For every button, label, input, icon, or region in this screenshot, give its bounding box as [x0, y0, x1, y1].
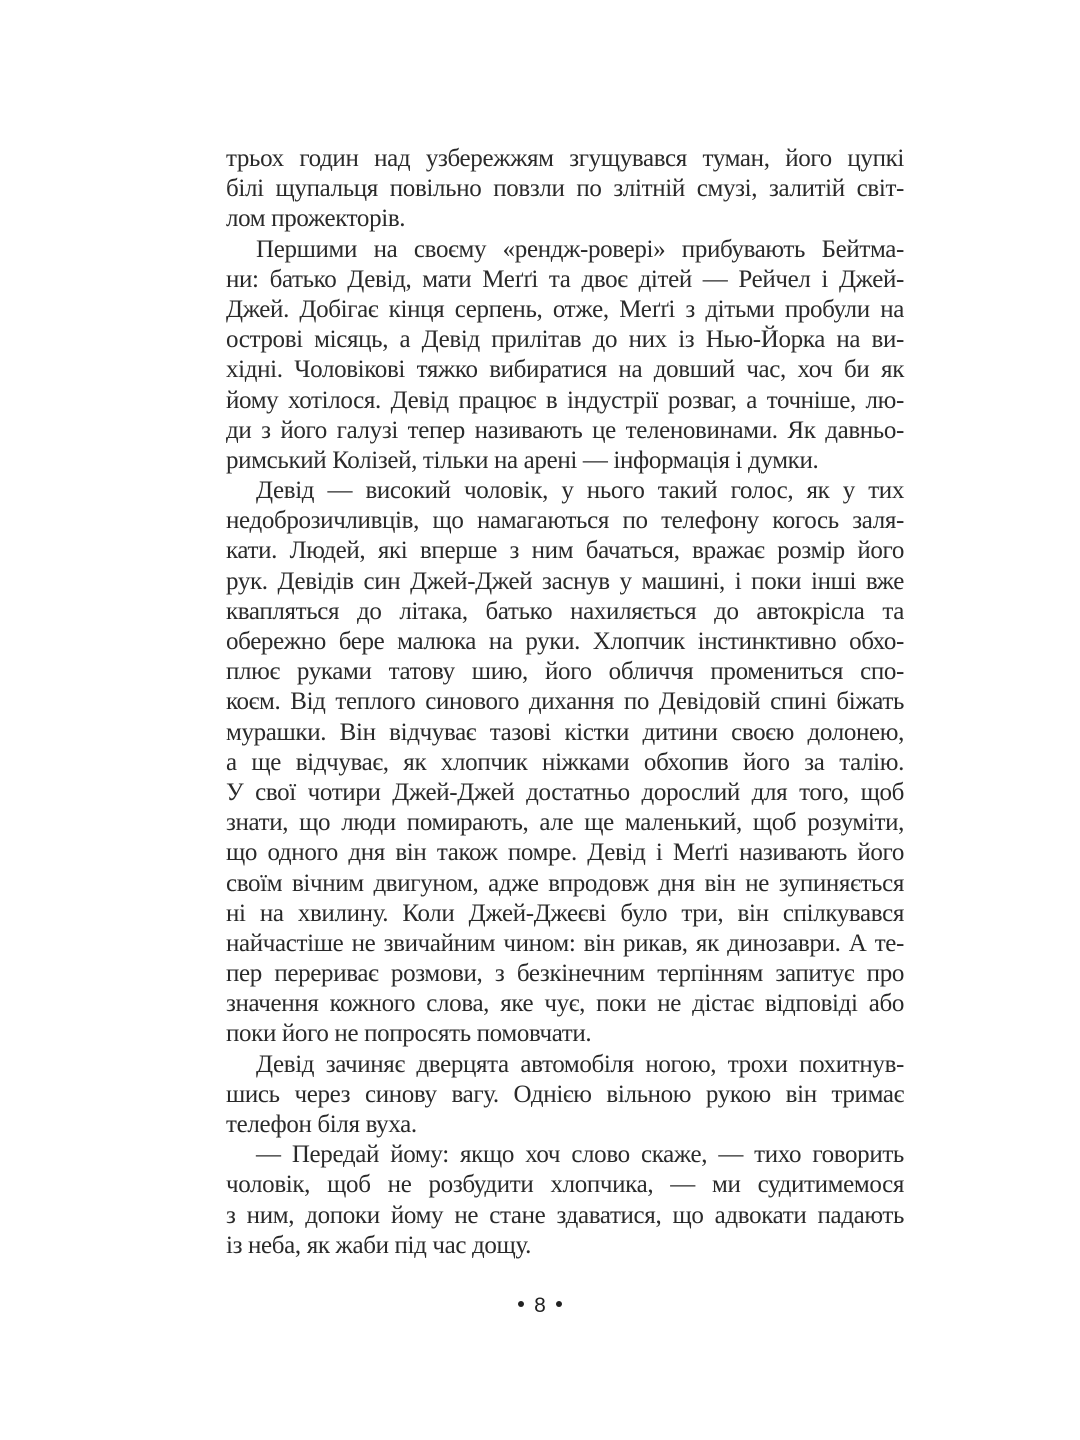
text-line: Девід зачиняє дверцята автомобіля ногою,…	[226, 1050, 904, 1080]
text-line: білі щупальця повільно повзли по злітній…	[226, 174, 904, 204]
text-line: із неба, як жаби під час дощу.	[226, 1231, 904, 1261]
text-line: коєм. Від теплого синового дихання по Де…	[226, 687, 904, 717]
text-line: рук. Девідів син Джей-Джей заснув у маши…	[226, 567, 904, 597]
text-line: що одного дня він також помре. Девід і М…	[226, 838, 904, 868]
text-line: а ще відчуває, як хлопчик ніжками обхопи…	[226, 748, 904, 778]
text-line: Джей. Добігає кінця серпень, отже, Меґґі…	[226, 295, 904, 325]
text-line: — Передай йому: якщо хоч слово скаже, — …	[226, 1140, 904, 1170]
text-line: ди з його галузі тепер називають це теле…	[226, 416, 904, 446]
text-line: У свої чотири Джей-Джей достатньо доросл…	[226, 778, 904, 808]
text-line: ні на хвилину. Коли Джей-Джеєві було три…	[226, 899, 904, 929]
text-line: римський Колізей, тільки на арені — інфо…	[226, 446, 904, 476]
text-line: мурашки. Він відчуває тазові кістки дити…	[226, 718, 904, 748]
text-line: трьох годин над узбережжям згущувався ту…	[226, 144, 904, 174]
page-number-label: 8	[534, 1294, 546, 1317]
page-number: 8	[0, 1294, 1080, 1318]
text-line: Девід — високий чоловік, у нього такий г…	[226, 476, 904, 506]
text-line: чоловік, щоб не розбудити хлопчика, — ми…	[226, 1170, 904, 1200]
text-line: плює руками татову шию, його обличчя про…	[226, 657, 904, 687]
text-line: ни: батько Девід, мати Меґґі та двоє діт…	[226, 265, 904, 295]
body-text: трьох годин над узбережжям згущувався ту…	[226, 144, 904, 1261]
text-line: знати, що люди помирають, але ще маленьк…	[226, 808, 904, 838]
text-line: поки його не попросять помовчати.	[226, 1019, 904, 1049]
text-line: значення кожного слова, яке чує, поки не…	[226, 989, 904, 1019]
text-line: недоброзичливців, що намагаються по теле…	[226, 506, 904, 536]
paragraph: трьох годин над узбережжям згущувався ту…	[226, 144, 904, 235]
book-page: трьох годин над узбережжям згущувався ту…	[0, 0, 1080, 1440]
bullet-icon	[518, 1301, 524, 1307]
text-line: пер перериває розмови, з безкінечним тер…	[226, 959, 904, 989]
text-line: кати. Людей, які вперше з ним бачаться, …	[226, 536, 904, 566]
text-line: лом прожекторів.	[226, 204, 904, 234]
text-line: кваплять­ся до літака, батько нахиляєтьс…	[226, 597, 904, 627]
text-line: йому хотілося. Девід працює в індустрії …	[226, 386, 904, 416]
bullet-icon	[556, 1301, 562, 1307]
text-line: острові місяць, а Девід прилітав до них …	[226, 325, 904, 355]
text-line: з ним, допоки йому не стане здаватися, щ…	[226, 1201, 904, 1231]
text-line: обережно бере малюка на руки. Хлопчик ін…	[226, 627, 904, 657]
paragraph: Девід — високий чоловік, у нього такий г…	[226, 476, 904, 1050]
text-line: хідні. Чоловікові тяжко вибиратися на до…	[226, 355, 904, 385]
paragraph: Девід зачиняє дверцята автомобіля ногою,…	[226, 1050, 904, 1141]
text-line: шись через синову вагу. Однією вільною р…	[226, 1080, 904, 1110]
paragraph: Першими на своєму «рендж-ровері» прибува…	[226, 235, 904, 477]
text-line: телефон біля вуха.	[226, 1110, 904, 1140]
text-line: найчастіше не звичайним чином: він рикав…	[226, 929, 904, 959]
text-line: своїм вічним двигуном, адже впродовж дня…	[226, 869, 904, 899]
text-line: Першими на своєму «рендж-ровері» прибува…	[226, 235, 904, 265]
paragraph: — Передай йому: якщо хоч слово скаже, — …	[226, 1140, 904, 1261]
